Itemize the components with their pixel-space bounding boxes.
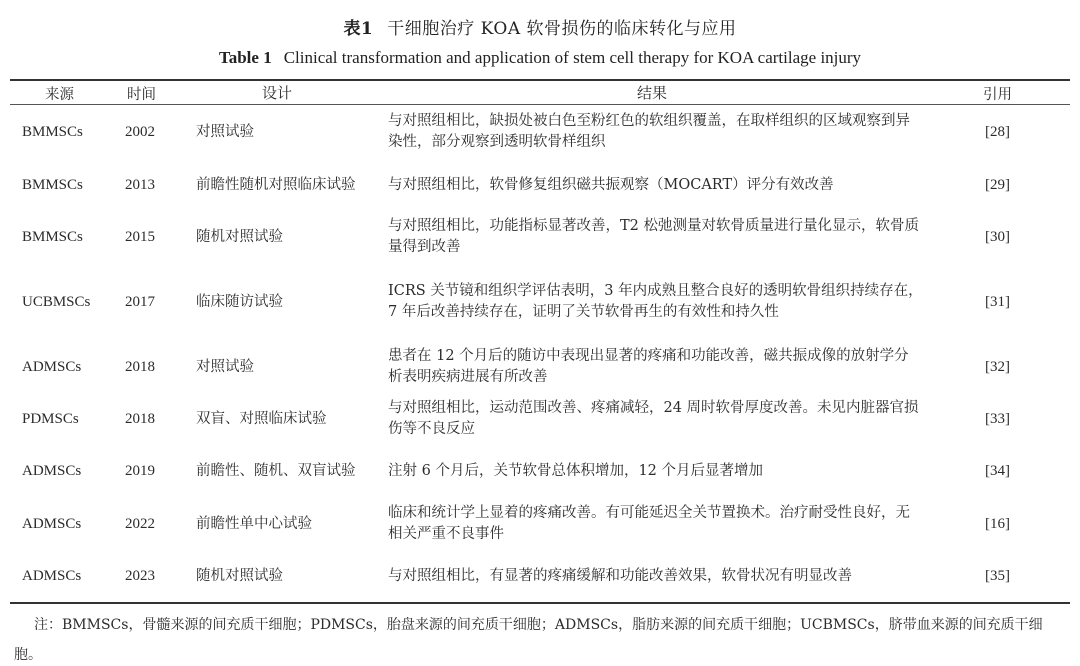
table-label-en: Table 1 [219,48,272,67]
cell-design: 随机对照试验 [196,228,366,247]
cell-result: 与对照组相比，运动范围改善、疼痛减轻，24 周时软骨厚度改善。未见内脏器官损伤等… [388,398,923,440]
cell-source: BMMSCs [22,124,83,141]
cell-ref: [16] [985,516,1010,533]
table-row: ADMSCs 2023 随机对照试验 与对照组相比，有显著的疼痛缓解和功能改善效… [0,554,1080,598]
cell-design: 对照试验 [196,123,366,142]
cell-ref: [32] [985,359,1010,376]
cell-design: 随机对照试验 [196,567,366,586]
cell-design: 前瞻性、随机、双盲试验 [196,462,366,481]
table-title-cn: 干细胞治疗 KOA 软骨损伤的临床转化与应用 [387,19,736,39]
table-header-row: 来源 时间 设计 结果 引用 [0,82,1080,104]
table-row: BMMSCs 2015 随机对照试验 与对照组相比，功能指标显著改善，T2 松弛… [0,215,1080,259]
cell-result: 注射 6 个月后，关节软骨总体积增加，12 个月后显著增加 [388,461,923,482]
table-row: BMMSCs 2002 对照试验 与对照组相比，缺损处被白色至粉红色的软组织覆盖… [0,110,1080,154]
cell-ref: [31] [985,294,1010,311]
table-row: BMMSCs 2013 前瞻性随机对照临床试验 与对照组相比，软骨修复组织磁共振… [0,163,1080,207]
table-footnote: 注：BMMSCs，骨髓来源的间充质干细胞；PDMSCs，胎盘来源的间充质干细胞；… [14,610,1070,666]
cell-source: ADMSCs [22,359,81,376]
cell-year: 2022 [125,516,155,533]
cell-year: 2017 [125,294,155,311]
cell-result: 与对照组相比，缺损处被白色至粉红色的软组织覆盖，在取样组织的区域观察到异染性，部… [388,111,923,153]
cell-year: 2018 [125,411,155,428]
cell-source: BMMSCs [22,177,83,194]
cell-design: 对照试验 [196,358,366,377]
table-row: PDMSCs 2018 双盲、对照临床试验 与对照组相比，运动范围改善、疼痛减轻… [0,397,1080,441]
table-row: ADMSCs 2019 前瞻性、随机、双盲试验 注射 6 个月后，关节软骨总体积… [0,449,1080,493]
table-header-rule [10,104,1070,105]
cell-ref: [29] [985,177,1010,194]
cell-ref: [28] [985,124,1010,141]
cell-source: BMMSCs [22,229,83,246]
cell-design: 临床随访试验 [196,293,366,312]
header-year: 时间 [127,83,156,104]
cell-year: 2019 [125,463,155,480]
header-design: 设计 [262,84,432,103]
cell-source: ADMSCs [22,463,81,480]
table-title-en: Clinical transformation and application … [284,48,861,67]
cell-result: 患者在 12 个月后的随访中表现出显著的疼痛和功能改善，磁共振成像的放射学分析表… [388,346,923,388]
cell-source: ADMSCs [22,516,81,533]
cell-result: 与对照组相比，功能指标显著改善，T2 松弛测量对软骨质量进行量化显示，软骨质量得… [388,216,923,258]
table-top-rule [10,79,1070,81]
cell-year: 2018 [125,359,155,376]
cell-ref: [34] [985,463,1010,480]
cell-source: ADMSCs [22,568,81,585]
table-row: ADMSCs 2022 前瞻性单中心试验 临床和统计学上显着的疼痛改善。有可能延… [0,502,1080,546]
cell-year: 2015 [125,229,155,246]
header-source: 来源 [45,83,74,104]
cell-design: 双盲、对照临床试验 [196,410,366,429]
cell-ref: [33] [985,411,1010,428]
cell-source: UCBMSCs [22,294,90,311]
table-bottom-rule [10,602,1070,604]
table-label-cn: 表1 [343,19,373,39]
header-ref: 引用 [983,83,1012,104]
cell-result: 与对照组相比，软骨修复组织磁共振观察（MOCART）评分有效改善 [388,175,923,196]
cell-year: 2002 [125,124,155,141]
cell-year: 2013 [125,177,155,194]
cell-design: 前瞻性单中心试验 [196,515,366,534]
cell-result: ICRS 关节镜和组织学评估表明，3 年内成熟且整合良好的透明软骨组织持续存在，… [388,281,923,323]
cell-ref: [35] [985,568,1010,585]
table-row: ADMSCs 2018 对照试验 患者在 12 个月后的随访中表现出显著的疼痛和… [0,345,1080,389]
cell-result: 临床和统计学上显着的疼痛改善。有可能延迟全关节置换术。治疗耐受性良好，无相关严重… [388,503,923,545]
caption-english: Table 1Clinical transformation and appli… [0,48,1080,68]
cell-result: 与对照组相比，有显著的疼痛缓解和功能改善效果，软骨状况有明显改善 [388,566,923,587]
header-result: 结果 [637,83,667,104]
cell-design: 前瞻性随机对照临床试验 [196,176,356,195]
cell-source: PDMSCs [22,411,79,428]
cell-year: 2023 [125,568,155,585]
caption-chinese: 表1干细胞治疗 KOA 软骨损伤的临床转化与应用 [0,14,1080,39]
cell-ref: [30] [985,229,1010,246]
table-row: UCBMSCs 2017 临床随访试验 ICRS 关节镜和组织学评估表明，3 年… [0,270,1080,334]
